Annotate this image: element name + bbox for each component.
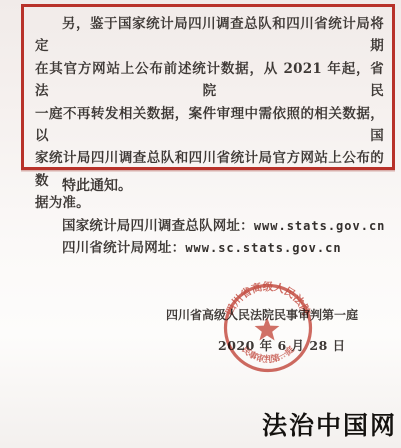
- official-seal: 四川省高级人民法院 民事审判第一庭: [221, 281, 315, 375]
- website-line-nbs: 国家统计局四川调查总队网址：www.stats.gov.cn: [35, 215, 384, 237]
- seal-star-icon: [255, 317, 280, 341]
- scanned-notice-page: 另，鉴于国家统计局四川调查总队和四川省统计局将定期 在其官方网站上公布前述统计数…: [0, 0, 401, 448]
- highlight-box: 另，鉴于国家统计局四川调查总队和四川省统计局将定期 在其官方网站上公布前述统计数…: [21, 4, 395, 170]
- body-line: 另，鉴于国家统计局四川调查总队和四川省统计局将定期: [35, 13, 384, 58]
- seal-ring-text-bottom: 民事审判第一庭: [239, 344, 296, 365]
- website-line-sc: 四川省统计局网址：www.sc.stats.gov.cn: [35, 237, 384, 259]
- site-watermark: 法治中国网: [262, 406, 397, 442]
- body-line: 在其官方网站上公布前述统计数据，从 2021 年起，省法院民: [35, 58, 384, 103]
- website-url: www.stats.gov.cn: [254, 219, 386, 233]
- website-label: 四川省统计局网址：: [62, 240, 185, 256]
- svg-text:四川省高级人民法院: 四川省高级人民法院: [224, 281, 314, 318]
- closing-note: 特此通知。: [62, 175, 132, 195]
- website-label: 国家统计局四川调查总队网址：: [62, 218, 254, 234]
- seal-ring-text-top: 四川省高级人民法院: [224, 281, 314, 318]
- svg-text:民事审判第一庭: 民事审判第一庭: [239, 344, 296, 365]
- website-url: www.sc.stats.gov.cn: [185, 241, 341, 255]
- body-line: 据为准。: [35, 192, 384, 214]
- body-line: 一庭不再转发相关数据，案件审理中需依照的相关数据，以国: [35, 103, 384, 148]
